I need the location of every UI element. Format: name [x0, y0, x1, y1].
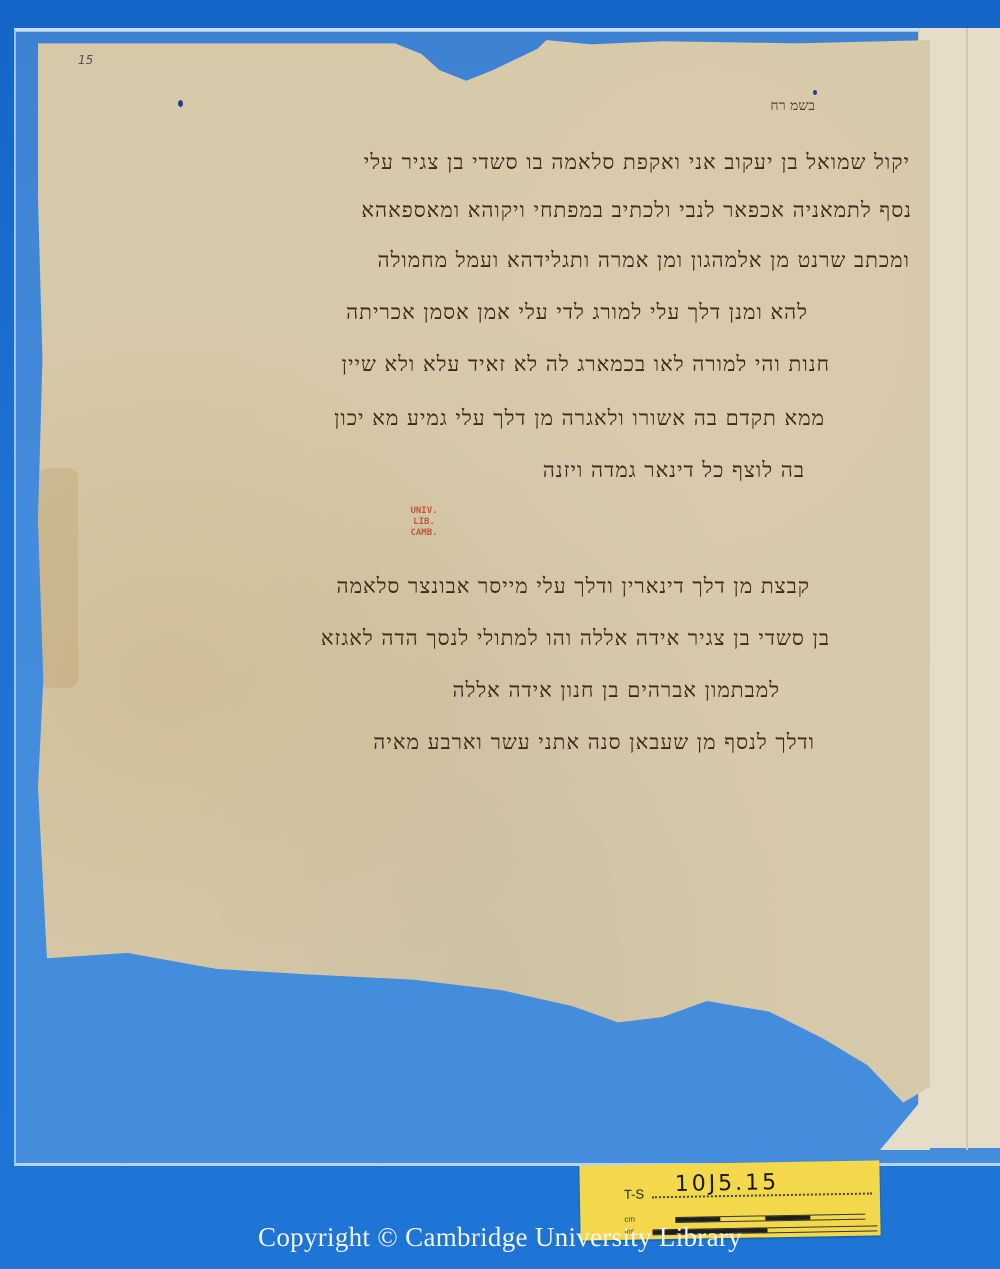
manuscript-line-5: חנות והי למורה לאו בכמארג לה לא זאיד עלא… — [342, 352, 830, 377]
copyright-notice: Copyright © Cambridge University Library — [0, 1222, 1000, 1253]
mounting-card — [918, 28, 1000, 1148]
library-stamp: UNIV. LIB. CAMB. — [404, 506, 444, 539]
manuscript-line-1: יקול שמואל בן יעקוב אני ואקפת סלאמה בו ס… — [364, 150, 910, 175]
folio-number: 15 — [78, 53, 93, 67]
manuscript-line-4: להא ומנן דלך עלי למורג לדי עלי אמן אסמן … — [346, 300, 808, 325]
manuscript-line-11: ודלך לנסף מן שעבאן סנה אתני עשר וארבע מא… — [373, 730, 815, 755]
manuscript-line-3: ומכתב שרנט מן אלמהגון ומן אמרה ותגלידהא … — [378, 248, 911, 273]
manuscript-line-10: למבתמון אברהים בן חנון אידה אללה — [452, 678, 780, 703]
shelfmark-prefix: T-S — [624, 1186, 644, 1201]
manuscript-line-8: קבצת מן דלך דינארין ודלך עלי מייסר אבונצ… — [336, 574, 810, 599]
manuscript-line-7: בה לוצף כל דינאר גמדה ויזנה — [543, 458, 805, 483]
shelfmark-number: 10J5.15 — [674, 1170, 779, 1197]
stamp-line: LIB. — [404, 517, 444, 528]
invocation-heading: בשמ רח — [770, 98, 815, 115]
mounting-card-fold — [966, 28, 968, 1150]
ink-blot — [813, 90, 817, 95]
manuscript-line-6: ממא תקדם בה אשורו ולאגרה מן דלך עלי גמיע… — [334, 406, 825, 431]
stamp-line: UNIV. — [404, 506, 444, 517]
ink-blot — [178, 100, 183, 107]
stamp-line: CAMB. — [404, 528, 444, 539]
manuscript-line-2: נסף לתמאניה אכפאר לנבי ולכתיב במפתחי ויק… — [361, 198, 912, 223]
manuscript-line-9: בן סשדי בן צגיר אידה אללה והו למתולי לנס… — [321, 626, 830, 651]
manuscript-page: 15 בשמ רח יקול שמואל בן יעקוב אני ואקפת … — [38, 38, 930, 1108]
water-stain — [38, 468, 78, 688]
